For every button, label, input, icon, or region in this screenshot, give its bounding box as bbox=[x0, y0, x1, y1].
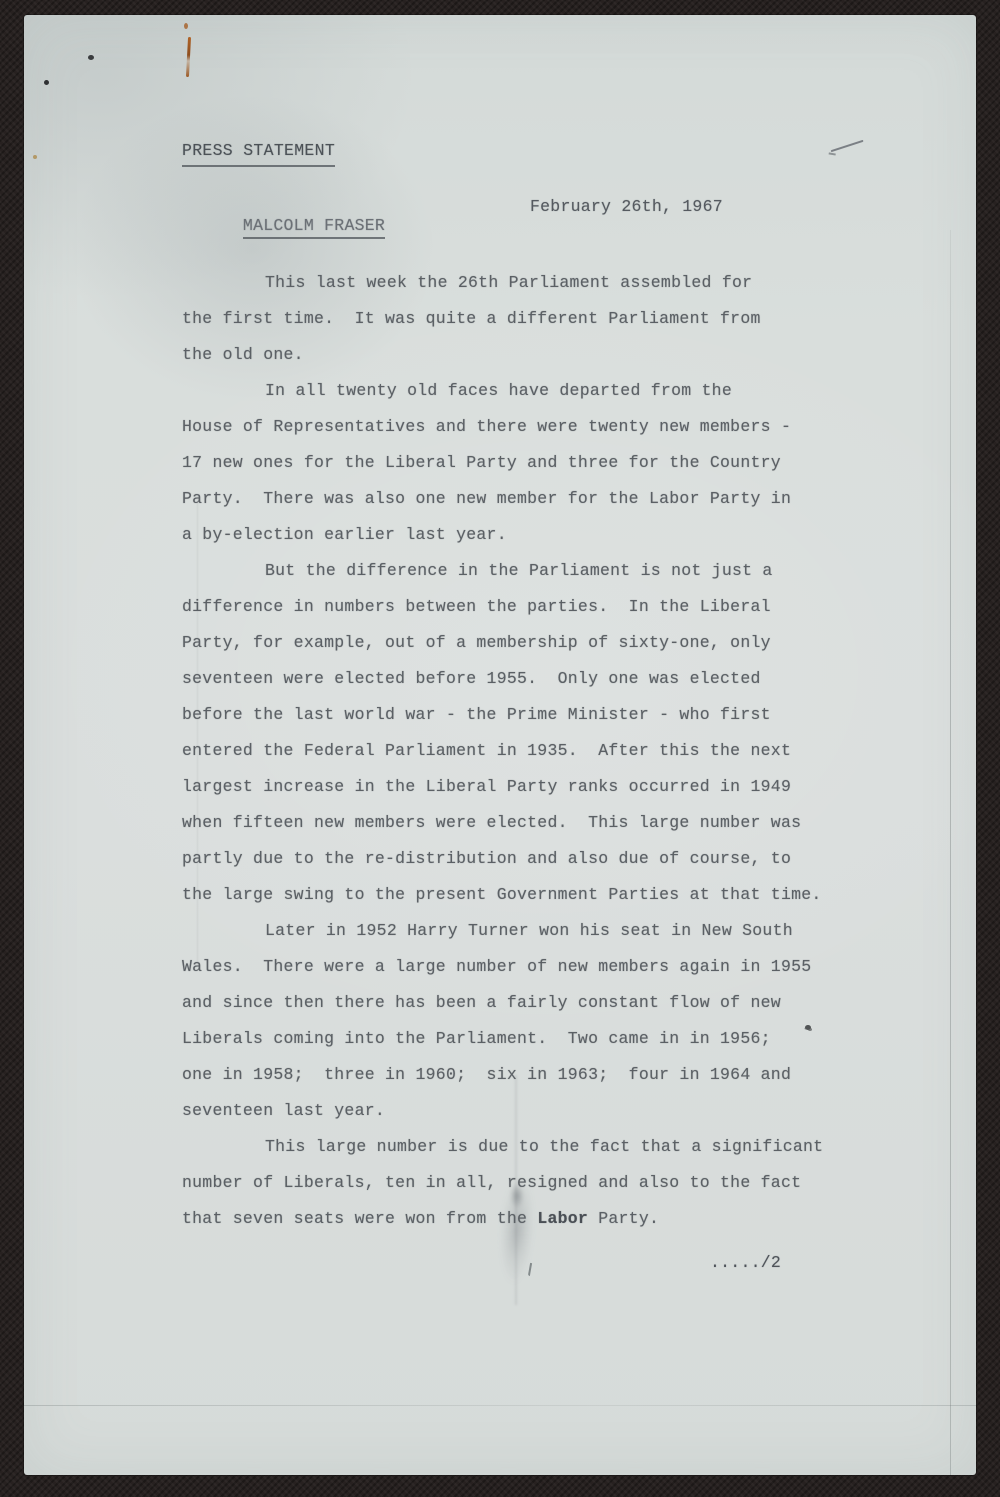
text-line: before the last world war - the Prime Mi… bbox=[182, 705, 842, 741]
text-line: This large number is due to the fact tha… bbox=[182, 1137, 842, 1173]
paragraph: This large number is due to the fact tha… bbox=[182, 1137, 842, 1245]
text-line: 17 new ones for the Liberal Party and th… bbox=[182, 453, 842, 489]
author-name: MALCOLM FRASER bbox=[243, 216, 385, 239]
text-line: the old one. bbox=[182, 345, 842, 381]
text-line: seventeen were elected before 1955. Only… bbox=[182, 669, 842, 705]
text-line: the first time. It was quite a different… bbox=[182, 309, 842, 345]
page-continuation-marker: ...../2 bbox=[710, 1253, 842, 1272]
document-type-heading: PRESS STATEMENT bbox=[182, 141, 335, 167]
text-line: Later in 1952 Harry Turner won his seat … bbox=[182, 921, 842, 957]
text-line: the large swing to the present Governmen… bbox=[182, 885, 842, 921]
text-line: difference in numbers between the partie… bbox=[182, 597, 842, 633]
text-line: a by-election earlier last year. bbox=[182, 525, 842, 561]
statement-date: February 26th, 1967 bbox=[530, 197, 723, 216]
text-line: Party. There was also one new member for… bbox=[182, 489, 842, 525]
text-line: one in 1958; three in 1960; six in 1963;… bbox=[182, 1065, 842, 1101]
text-line: This last week the 26th Parliament assem… bbox=[182, 273, 842, 309]
ink-speck bbox=[88, 55, 94, 60]
paragraph: Later in 1952 Harry Turner won his seat … bbox=[182, 921, 842, 1137]
vertical-fold-line bbox=[950, 230, 951, 1475]
text-line: and since then there has been a fairly c… bbox=[182, 993, 842, 1029]
text-line: number of Liberals, ten in all, resigned… bbox=[182, 1173, 842, 1209]
text-line: when fifteen new members were elected. T… bbox=[182, 813, 842, 849]
text-line: entered the Federal Parliament in 1935. … bbox=[182, 741, 842, 777]
rust-dot bbox=[184, 23, 188, 29]
text-line: partly due to the re-distribution and al… bbox=[182, 849, 842, 885]
text-line: Party, for example, out of a membership … bbox=[182, 633, 842, 669]
scan-background: { "palette": { "background": "#272120", … bbox=[0, 0, 1000, 1497]
paragraph: This last week the 26th Parliament assem… bbox=[182, 273, 842, 381]
ink-speck bbox=[44, 80, 49, 85]
horizontal-fold-line bbox=[24, 1405, 976, 1406]
text-line: seventeen last year. bbox=[182, 1101, 842, 1137]
rust-mark bbox=[186, 37, 191, 77]
paragraph: In all twenty old faces have departed fr… bbox=[182, 381, 842, 561]
text-line: But the difference in the Parliament is … bbox=[182, 561, 842, 597]
body-text: This last week the 26th Parliament assem… bbox=[182, 273, 842, 1245]
text-line: In all twenty old faces have departed fr… bbox=[182, 381, 842, 417]
document-page: PRESS STATEMENT MALCOLM FRASER February … bbox=[24, 15, 976, 1475]
byline-row: MALCOLM FRASER February 26th, 1967 bbox=[182, 197, 842, 219]
text-line: largest increase in the Liberal Party ra… bbox=[182, 777, 842, 813]
text-line: House of Representatives and there were … bbox=[182, 417, 842, 453]
dust-speck bbox=[33, 155, 37, 159]
typed-content: PRESS STATEMENT MALCOLM FRASER February … bbox=[182, 141, 842, 1272]
text-line: Wales. There were a large number of new … bbox=[182, 957, 842, 993]
text-line: that seven seats were won from the Labor… bbox=[182, 1209, 842, 1245]
text-line: Liberals coming into the Parliament. Two… bbox=[182, 1029, 842, 1065]
paragraph: But the difference in the Parliament is … bbox=[182, 561, 842, 921]
